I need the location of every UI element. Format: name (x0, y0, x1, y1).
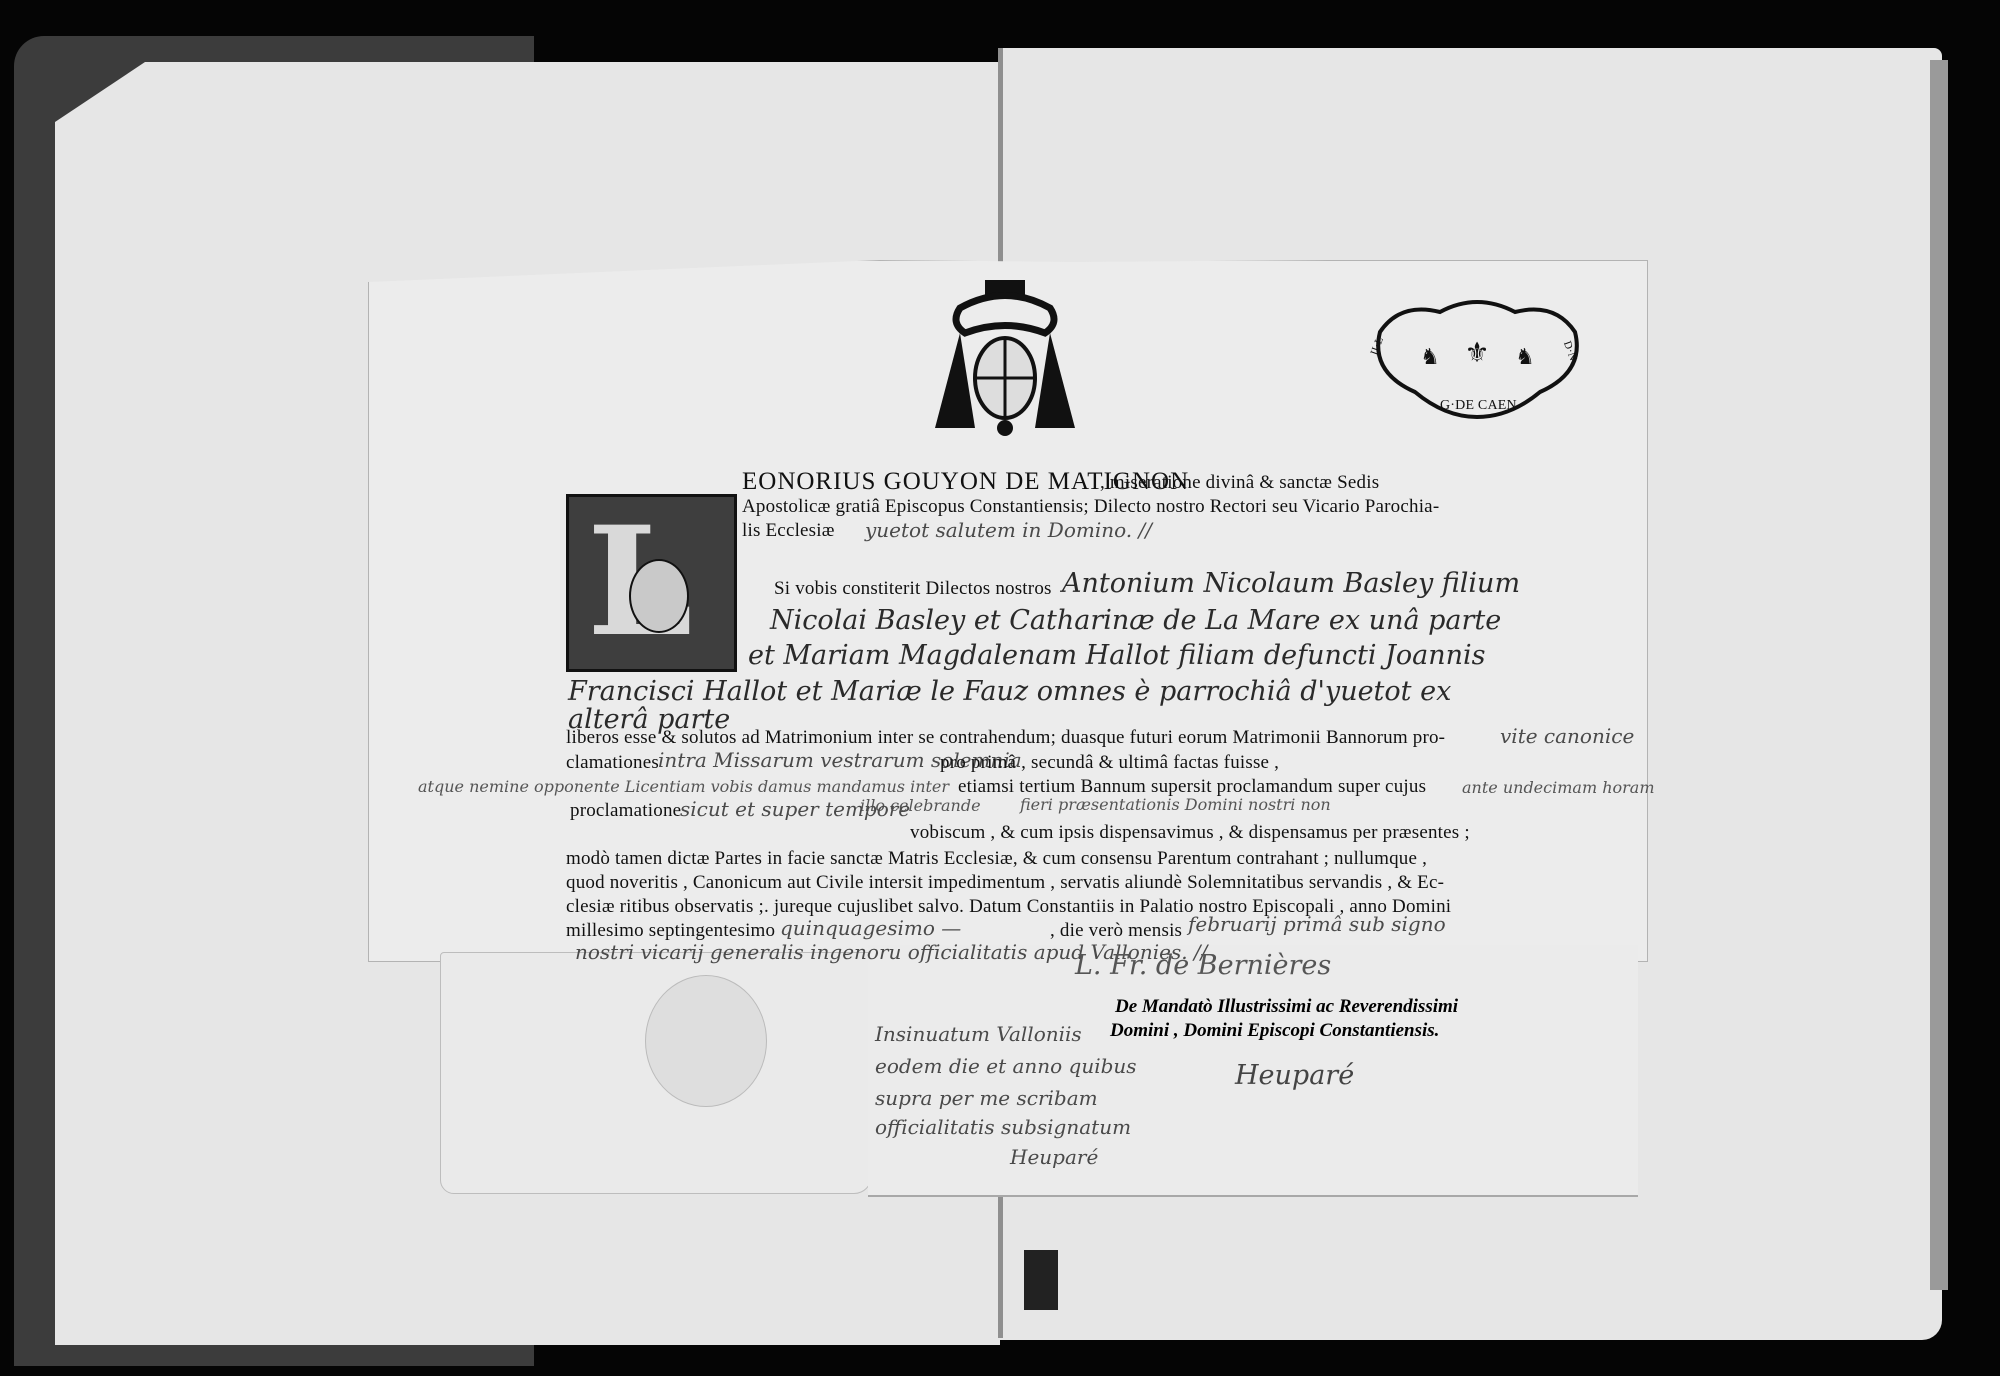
body-line-clamationes: clamationes (566, 752, 659, 774)
sicut-note: sicut et super tempore (680, 797, 910, 821)
insinuation-line-4: officialitatis subsignatum (875, 1115, 1131, 1139)
page-edges (1930, 60, 1948, 1290)
insinuation-line-3: supra per me scribam (875, 1086, 1098, 1110)
header-line1: , miseratione divinâ & sanctæ Sedis (1100, 472, 1379, 494)
episcopal-coat-of-arms-icon (920, 278, 1090, 438)
initial-shield-icon (629, 559, 689, 633)
year-handwritten: quinquagesimo — (780, 916, 961, 940)
body-line-proclamatione: proclamatione (570, 800, 681, 822)
body-line-prima: pro primâ , secundâ & ultimâ factas fuis… (940, 752, 1279, 774)
stamp-text: G·DE CAEN (1440, 398, 1517, 414)
vite-canonice-note: vite canonice (1500, 724, 1634, 748)
mandate-line-1: De Mandatò Illustrissimi ac Reverendissi… (1115, 996, 1458, 1018)
insinuation-signature: Heuparé (1010, 1145, 1098, 1169)
body-line-liberos: liberos esse & solutos ad Matrimonium in… (566, 727, 1445, 749)
parish-salutation: yuetot salutem in Domino. // (865, 518, 1152, 542)
svg-text:⚜: ⚜ (1464, 336, 1489, 369)
praesentationis-note: fieri præsentationis Domini nostri non (1020, 795, 1331, 814)
body-line-millesimo: millesimo septingentesimo (566, 920, 775, 942)
groom-name: Antonium Nicolaum Basley filium (1062, 568, 1520, 599)
body-line-die: , die verò mensis (1050, 920, 1182, 942)
insinuation-line-1: Insinuatum Valloniis (875, 1022, 1082, 1046)
ante-undecimam-note: ante undecimam horam (1462, 778, 1655, 797)
body-line-modo: modò tamen dictæ Partes in facie sanctæ … (566, 848, 1427, 870)
vicar-signature: L. Fr. de Bernières (1075, 950, 1331, 981)
groom-parents: Nicolai Basley et Catharinæ de La Mare e… (770, 605, 1501, 636)
header-line3: lis Ecclesiæ (742, 520, 835, 542)
svg-text:♞: ♞ (1515, 345, 1535, 370)
decorated-initial: L (566, 494, 737, 672)
body-line-vobiscum: vobiscum , & cum ipsis dispensavimus , &… (910, 822, 1470, 844)
body-line-1-print: Si vobis constiterit Dilectos nostros (774, 578, 1052, 600)
bride-parents: Francisci Hallot et Mariæ le Fauz omnes … (568, 676, 1451, 707)
bride-name: et Mariam Magdalenam Hallot filiam defun… (748, 640, 1486, 671)
mandate-line-2: Domini , Domini Episcopi Constantiensis. (1110, 1020, 1439, 1042)
wax-seal-impression (645, 975, 767, 1107)
binding-tab (1024, 1250, 1058, 1310)
body-line-quod: quod noveritis , Canonicum aut Civile in… (566, 872, 1444, 894)
header-line2: Apostolicæ gratiâ Episcopus Constantiens… (742, 496, 1439, 518)
svg-text:♞: ♞ (1420, 345, 1440, 370)
margin-note-licentiam: atque nemine opponente Licentiam vobis d… (418, 777, 949, 796)
date-handwritten: februarij primâ sub signo (1188, 912, 1446, 936)
insinuation-line-2: eodem die et anno quibus (875, 1054, 1137, 1078)
secretary-signature: Heuparé (1235, 1060, 1354, 1091)
